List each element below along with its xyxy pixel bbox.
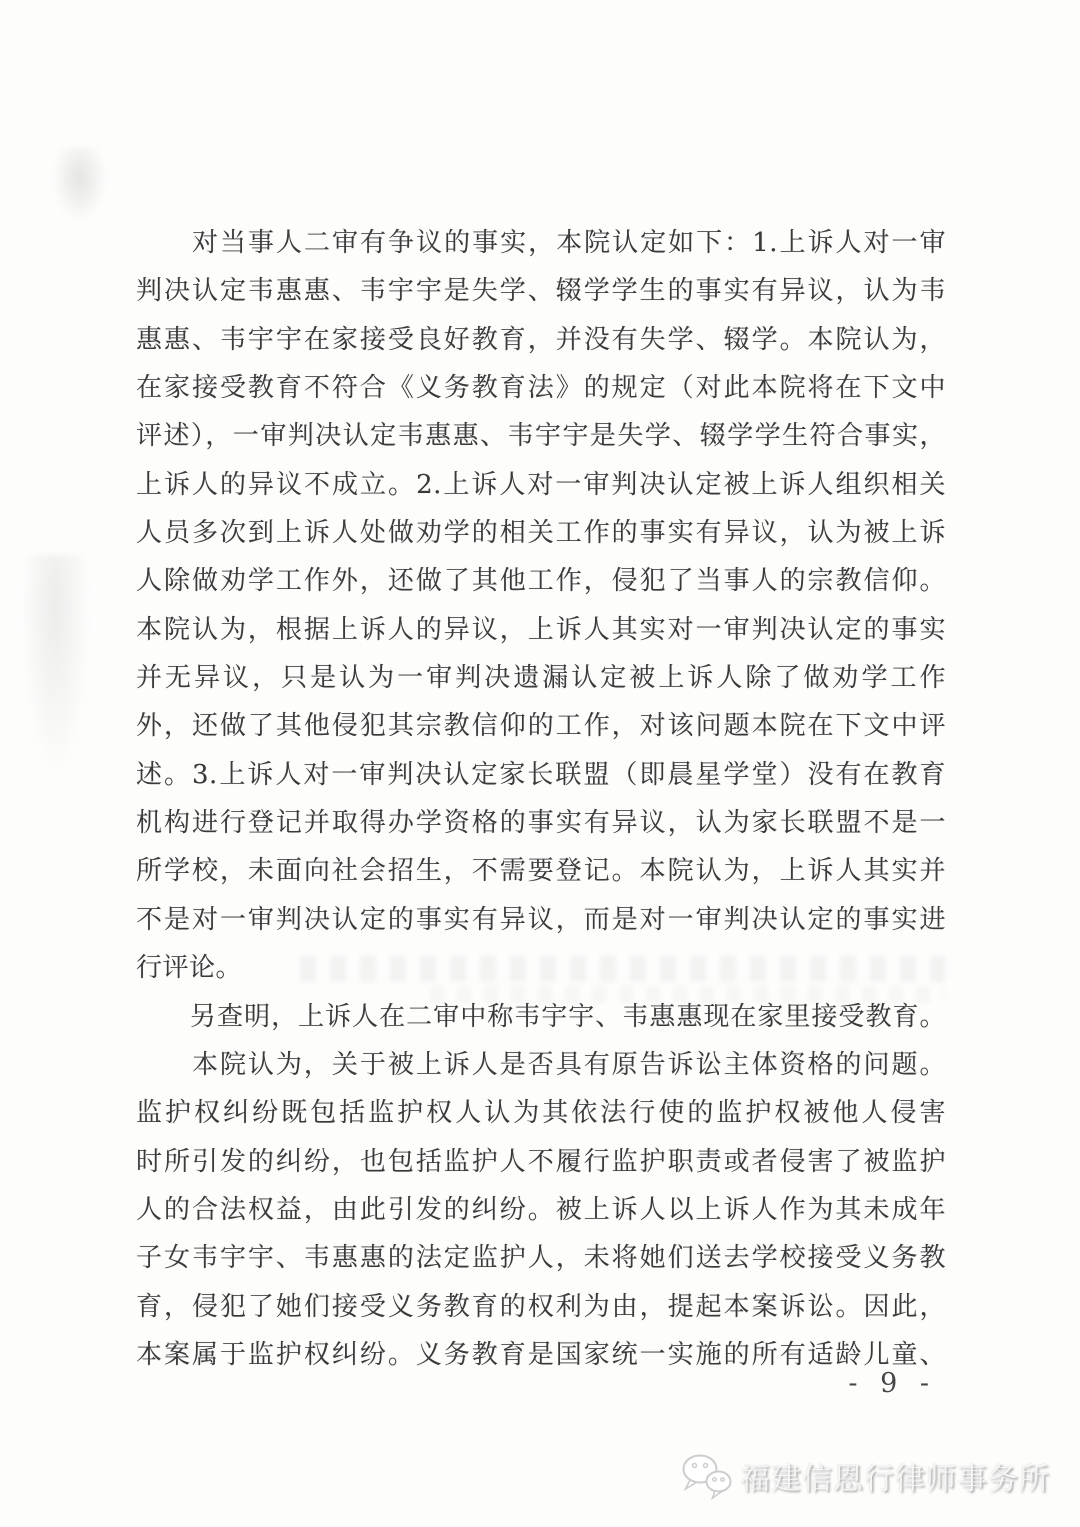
law-firm-watermark: 福建信恩行律师事务所 [679, 1451, 1050, 1501]
text-line: 评述），一审判决认定韦惠惠、韦宇宇是失学、辍学学生符合事实， [136, 412, 946, 460]
text-line: 时所引发的纠纷，也包括监护人不履行监护职责或者侵害了被监护 [136, 1138, 946, 1186]
text-line: 判决认定韦惠惠、韦宇宇是失学、辍学学生的事实有异议，认为韦 [136, 267, 946, 315]
text-line: 并无异议，只是认为一审判决遗漏认定被上诉人除了做劝学工作 [136, 654, 946, 702]
wechat-icon [679, 1451, 733, 1501]
text-line: 本院认为，根据上诉人的异议，上诉人其实对一审判决认定的事实 [136, 606, 946, 654]
text-line: 子女韦宇宇、韦惠惠的法定监护人，未将她们送去学校接受义务教 [136, 1234, 946, 1282]
judgment-text: 对当事人二审有争议的事实，本院认定如下：1.上诉人对一审判决认定韦惠惠、韦宇宇是… [136, 219, 946, 1379]
text-line: 人员多次到上诉人处做劝学的相关工作的事实有异议，认为被上诉 [136, 509, 946, 557]
document-page: 对当事人二审有争议的事实，本院认定如下：1.上诉人对一审判决认定韦惠惠、韦宇宇是… [0, 0, 1080, 1527]
text-line: 本院认为，关于被上诉人是否具有原告诉讼主体资格的问题。 [136, 1041, 946, 1089]
text-line: 监护权纠纷既包括监护权人认为其依法行使的监护权被他人侵害 [136, 1089, 946, 1137]
text-line: 机构进行登记并取得办学资格的事实有异议，认为家长联盟不是一 [136, 799, 946, 847]
page-number: - 9 - [136, 1366, 936, 1402]
text-line: 所学校，未面向社会招生，不需要登记。本院认为，上诉人其实并 [136, 847, 946, 895]
text-line: 不是对一审判决认定的事实有异议，而是对一审判决认定的事实进 [136, 896, 946, 944]
text-line: 在家接受教育不符合《义务教育法》的规定（对此本院将在下文中 [136, 364, 946, 412]
text-line: 另查明，上诉人在二审中称韦宇宇、韦惠惠现在家里接受教育。 [136, 993, 946, 1041]
scan-artifact [52, 148, 107, 223]
text-line: 人的合法权益，由此引发的纠纷。被上诉人以上诉人作为其未成年 [136, 1186, 946, 1234]
scan-artifact [18, 555, 93, 795]
text-line: 惠惠、韦宇宇在家接受良好教育，并没有失学、辍学。本院认为， [136, 316, 946, 364]
text-line: 行评论。 [136, 944, 946, 992]
law-firm-name: 福建信恩行律师事务所 [740, 1454, 1050, 1498]
text-line: 述。3.上诉人对一审判决认定家长联盟（即晨星学堂）没有在教育 [136, 751, 946, 799]
text-line: 外，还做了其他侵犯其宗教信仰的工作，对该问题本院在下文中评 [136, 702, 946, 750]
text-line: 人除做劝学工作外，还做了其他工作，侵犯了当事人的宗教信仰。 [136, 557, 946, 605]
text-line: 对当事人二审有争议的事实，本院认定如下：1.上诉人对一审 [136, 219, 946, 267]
text-line: 育，侵犯了她们接受义务教育的权利为由，提起本案诉讼。因此， [136, 1283, 946, 1331]
text-line: 上诉人的异议不成立。2.上诉人对一审判决认定被上诉人组织相关 [136, 461, 946, 509]
